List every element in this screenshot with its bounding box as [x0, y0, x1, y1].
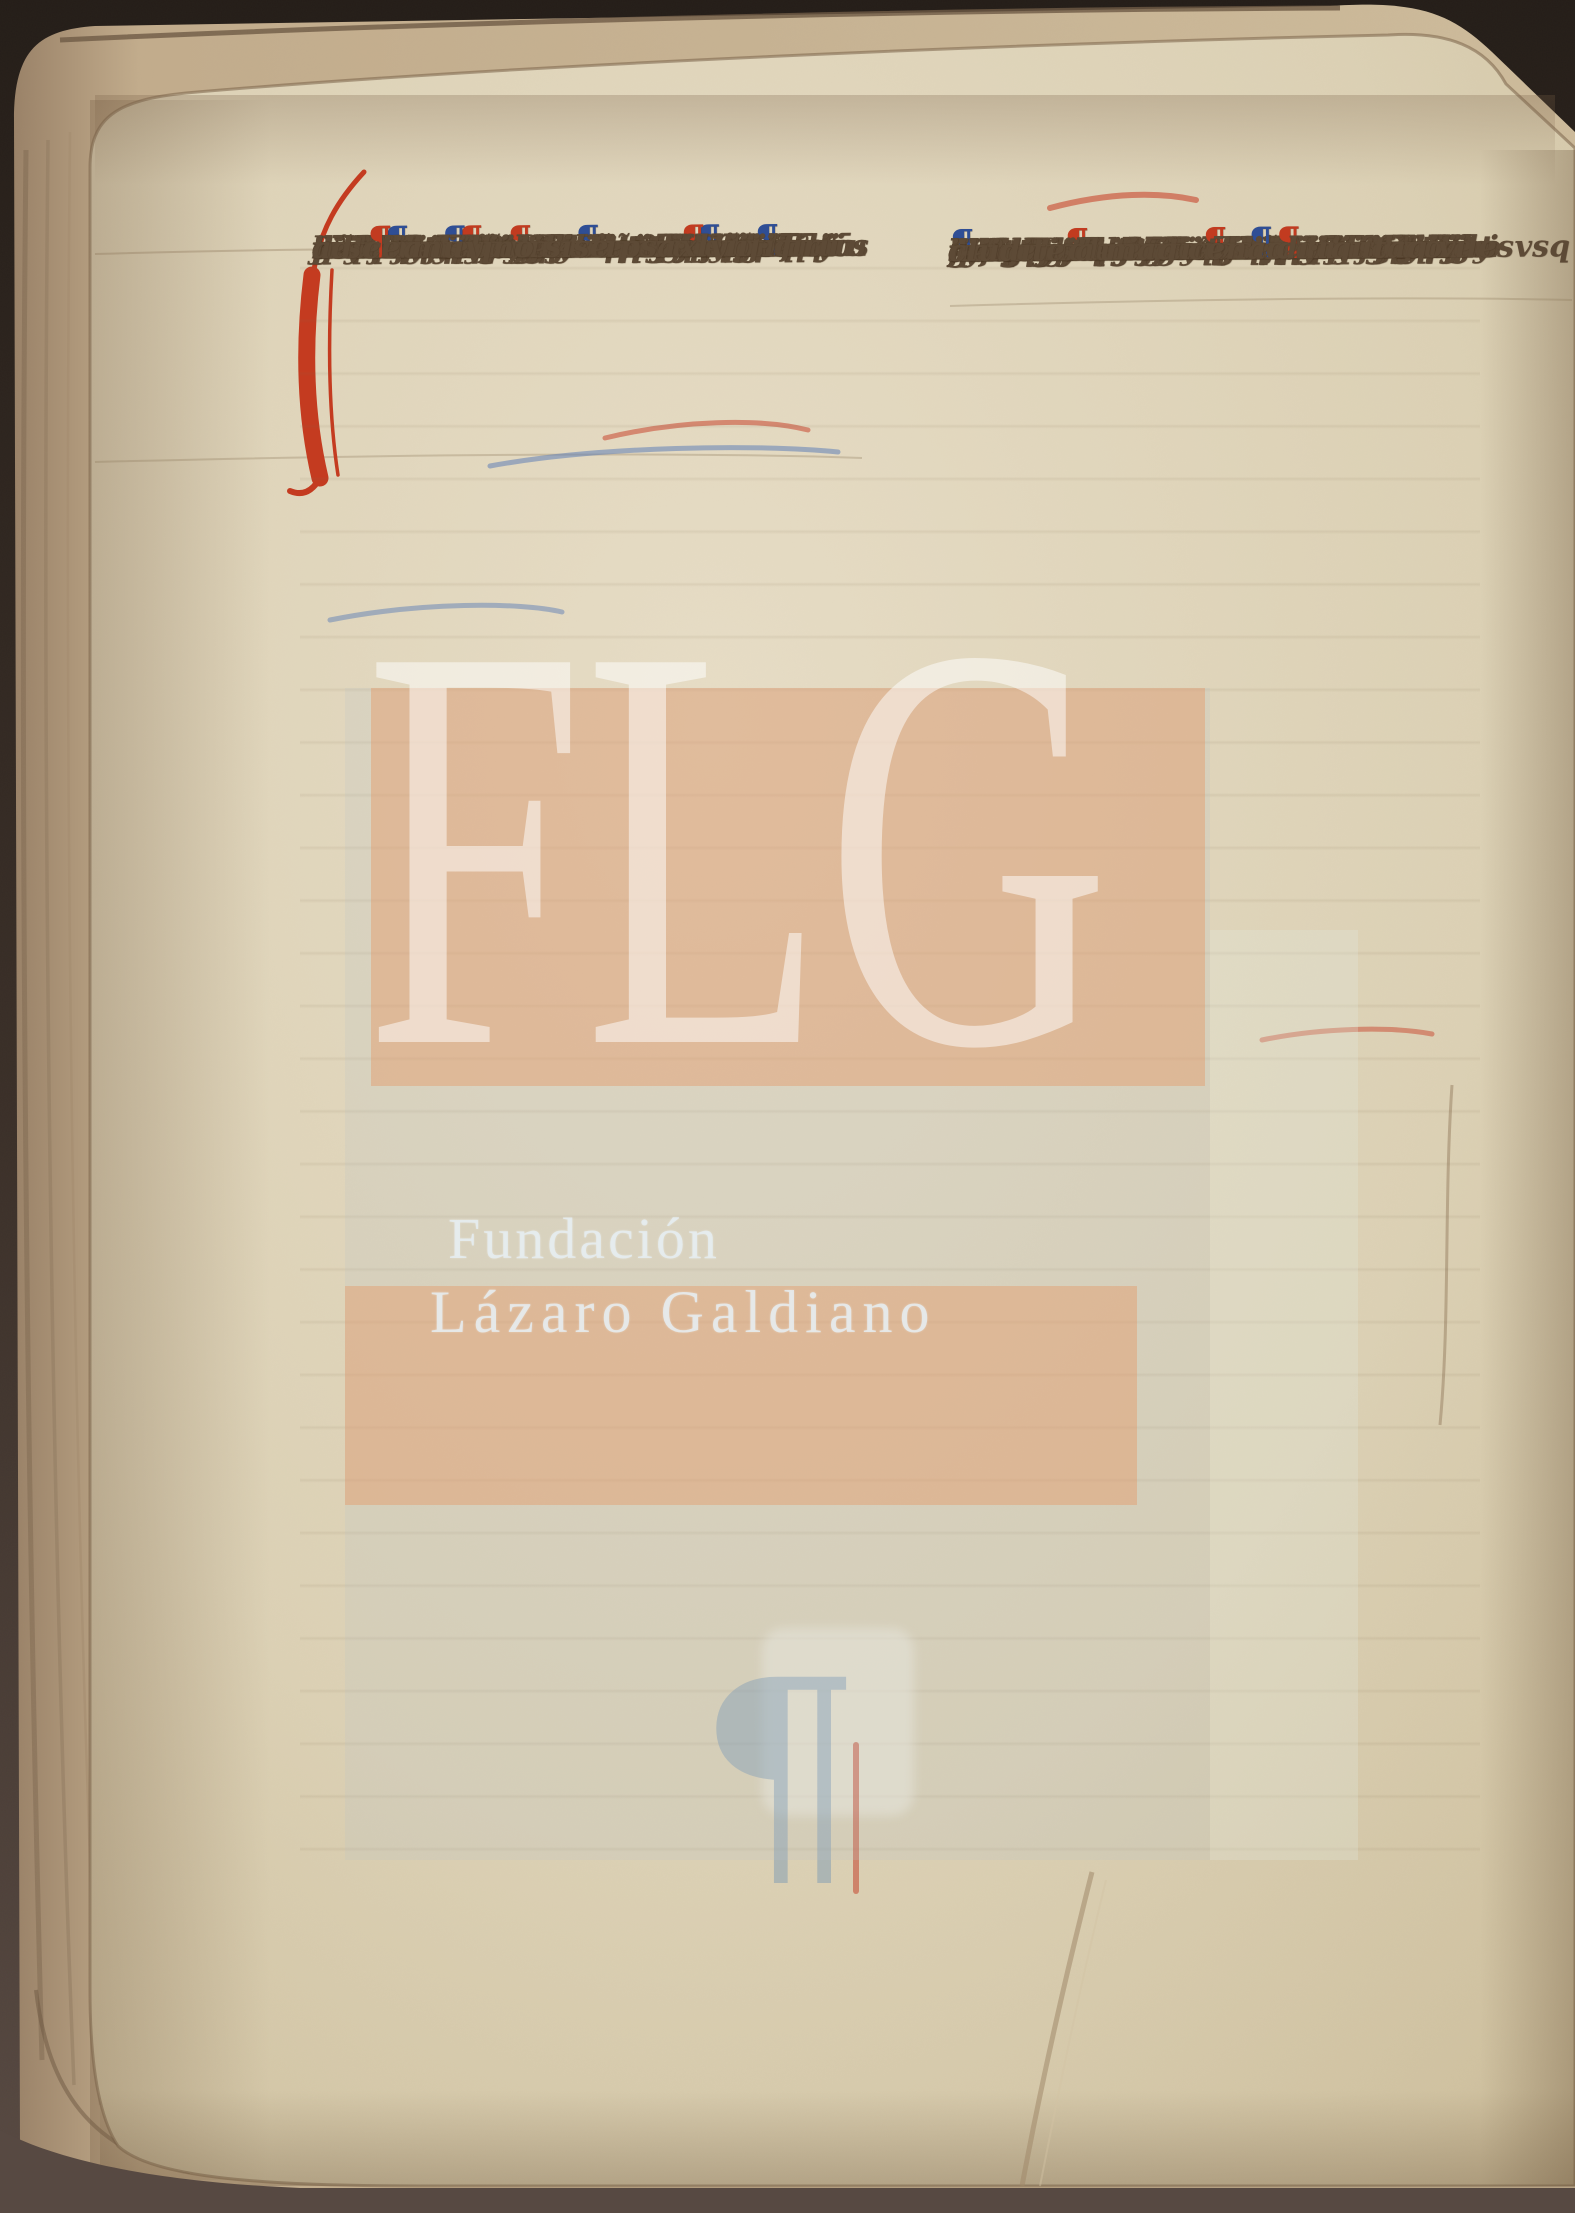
manuscript-photo: is dince pietatis bñigª iȷn° hōdoā ¶2°· … — [0, 0, 1575, 2213]
faded-pilcrow-guide-icon: ¶ — [696, 1648, 863, 1898]
text-column-left: is dince pietatis bñigª iȷn° hōdoā ¶2°· … — [312, 221, 802, 223]
faded-red-stroke — [853, 1742, 859, 1894]
manuscript-line: ad ce muy no sise psa· lyiij· firi — [312, 221, 830, 276]
ruling-lines — [300, 218, 1480, 1868]
manuscript-line: cludite a mag cena di· qi tāq viles — [948, 222, 1514, 279]
